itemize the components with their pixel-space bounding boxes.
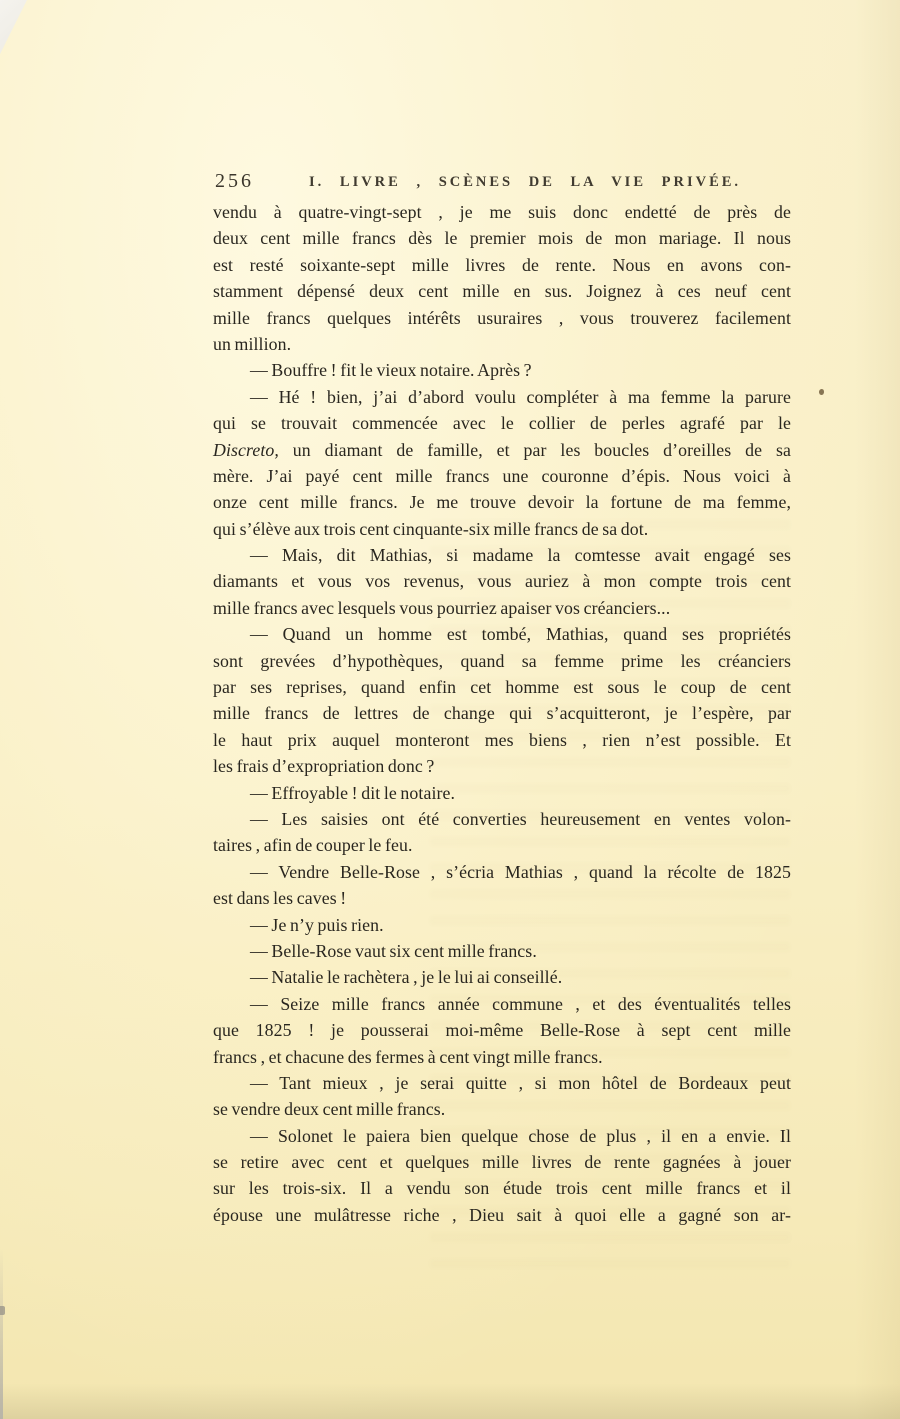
text-line: sur les trois-six. Il a vendu son étude … xyxy=(213,1175,791,1201)
text-line: — Mais, dit Mathias, si madame la comtes… xyxy=(213,542,791,568)
text-line: Discreto, un diamant de famille, et par … xyxy=(213,437,791,463)
text-line: francs , et chacune des fermes à cent vi… xyxy=(213,1044,791,1070)
text-line: — Je n’y puis rien. xyxy=(213,912,791,938)
text-line: se vendre deux cent mille francs. xyxy=(213,1096,791,1122)
text-line: — Hé ! bien, j’ai d’abord voulu compléte… xyxy=(213,384,791,410)
text-line: — Vendre Belle-Rose , s’écria Mathias , … xyxy=(213,859,791,885)
scan-edge-notch xyxy=(0,1306,5,1315)
text-line: onze cent mille francs. Je me trouve dev… xyxy=(213,489,791,515)
text-line: mille francs de lettres de change qui s’… xyxy=(213,700,791,726)
text-line: sont grevées d’hypothèques, quand sa fem… xyxy=(213,648,791,674)
italic-word: Discreto, xyxy=(213,440,279,460)
text-line: mère. J’ai payé cent mille francs une co… xyxy=(213,463,791,489)
text-line: mille francs avec lesquels vous pourriez… xyxy=(213,595,791,621)
page-number: 256 xyxy=(215,170,254,193)
text-line: le haut prix auquel monteront mes biens … xyxy=(213,727,791,753)
text-line: — Solonet le paiera bien quelque chose d… xyxy=(213,1123,791,1149)
book-page-scan: 256 I. LIVRE , SCÈNES DE LA VIE PRIVÉE. … xyxy=(0,0,900,1419)
page-corner-artifact xyxy=(0,0,27,54)
line-remainder: un diamant de famille, et par les boucle… xyxy=(293,440,791,460)
text-line: par ses reprises, quand enfin cet homme … xyxy=(213,674,791,700)
running-header: 256 I. LIVRE , SCÈNES DE LA VIE PRIVÉE. xyxy=(213,170,791,200)
text-line: taires , afin de couper le feu. xyxy=(213,832,791,858)
text-line: stamment dépensé deux cent mille en sus.… xyxy=(213,278,791,304)
text-line: — Seize mille francs année commune , et … xyxy=(213,991,791,1017)
page-text: vendu à quatre-vingt-sept , je me suis d… xyxy=(213,199,791,1228)
text-line: diamants et vous vos revenus, vous aurie… xyxy=(213,568,791,594)
text-line: se retire avec cent et quelques mille li… xyxy=(213,1149,791,1175)
text-line: est dans les caves ! xyxy=(213,885,791,911)
text-line: qui s’élève aux trois cent cinquante-six… xyxy=(213,516,791,542)
text-line: les frais d’expropriation donc ? xyxy=(213,753,791,779)
text-line: — Effroyable ! dit le notaire. xyxy=(213,780,791,806)
text-line: vendu à quatre-vingt-sept , je me suis d… xyxy=(213,199,791,225)
text-line: — Belle-Rose vaut six cent mille francs. xyxy=(213,938,791,964)
text-line: — Les saisies ont été converties heureus… xyxy=(213,806,791,832)
text-line: deux cent mille francs dès le premier mo… xyxy=(213,225,791,251)
text-line: — Quand un homme est tombé, Mathias, qua… xyxy=(213,621,791,647)
running-title: I. LIVRE , SCÈNES DE LA VIE PRIVÉE. xyxy=(309,174,741,191)
text-line: épouse une mulâtresse riche , Dieu sait … xyxy=(213,1202,791,1228)
text-line: — Bouffre ! fit le vieux notaire. Après … xyxy=(213,357,791,383)
text-line: un million. xyxy=(213,331,791,357)
text-line: que 1825 ! je pousserai moi-même Belle-R… xyxy=(213,1017,791,1043)
text-line: est resté soixante-sept mille livres de … xyxy=(213,252,791,278)
text-line: qui se trouvait commencée avec le collie… xyxy=(213,410,791,436)
text-line: — Tant mieux , je serai quitte , si mon … xyxy=(213,1070,791,1096)
scan-edge-left xyxy=(0,1249,3,1419)
ink-speck xyxy=(819,389,824,395)
text-line: mille francs quelques intérêts usuraires… xyxy=(213,305,791,331)
text-line: — Natalie le rachètera , je le lui ai co… xyxy=(213,964,791,990)
